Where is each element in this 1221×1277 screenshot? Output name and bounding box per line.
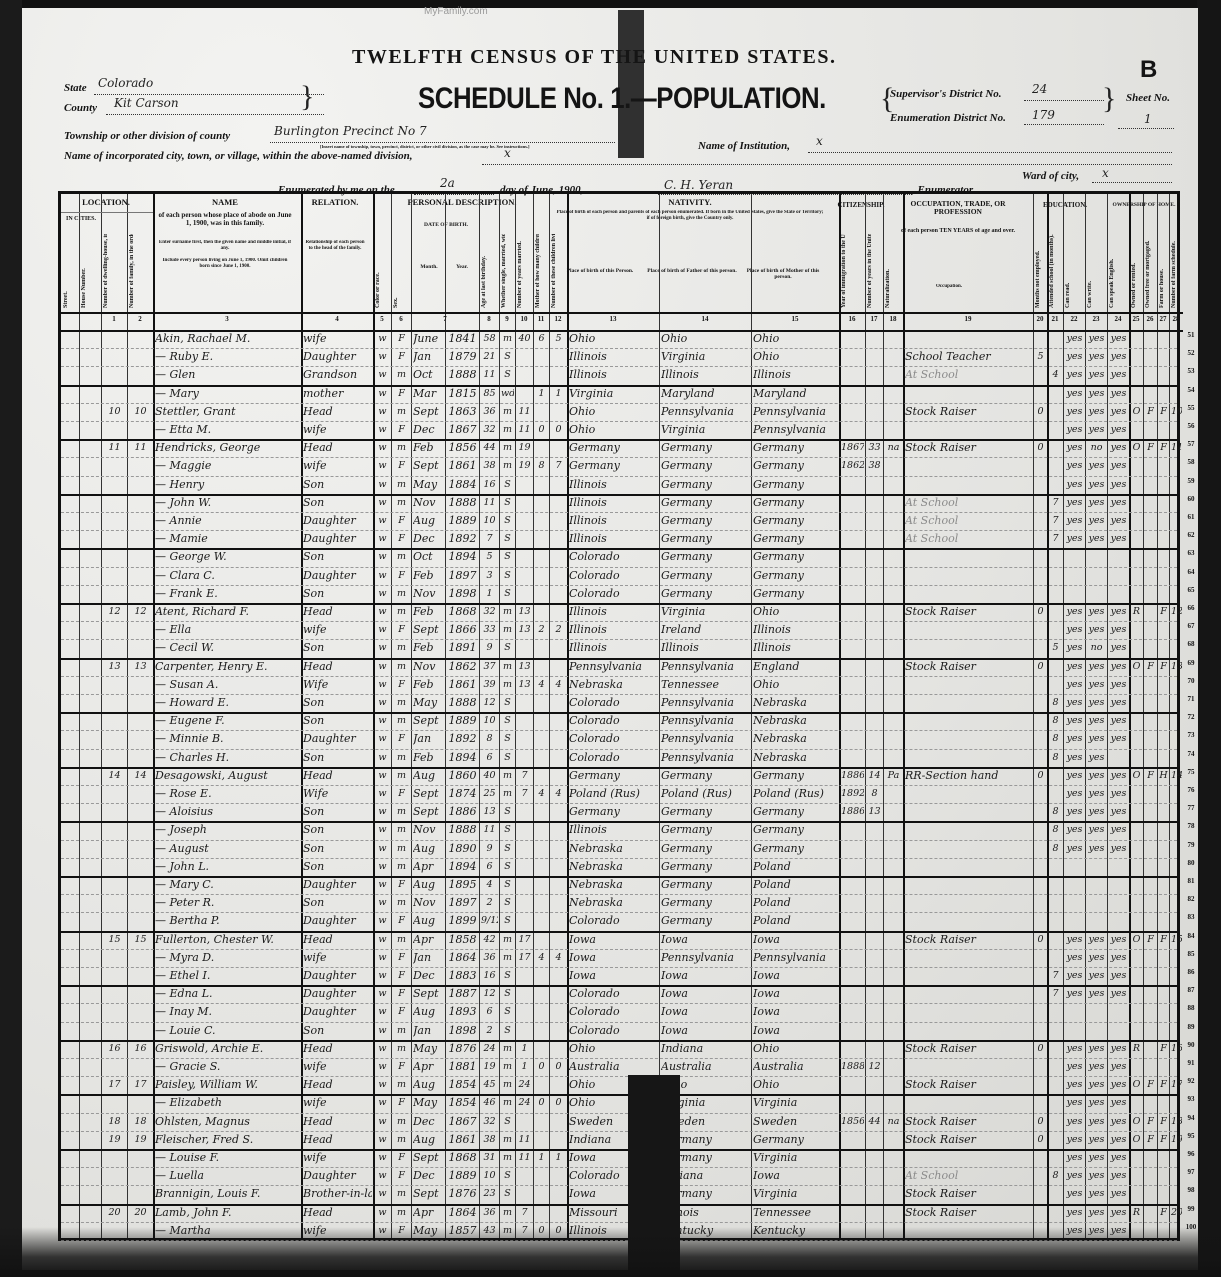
cell-bp: Colorado bbox=[569, 548, 658, 566]
cell-sex: m bbox=[393, 366, 410, 384]
cell-bp: Australia bbox=[569, 1058, 658, 1076]
cell-bp: Nebraska bbox=[569, 840, 658, 858]
header-relation-desc: Relationship of each person to the head … bbox=[305, 240, 365, 251]
cell-age: 25 bbox=[481, 785, 498, 803]
cell-bp: Illinois bbox=[569, 476, 658, 494]
cell-fam: 19 bbox=[129, 1131, 152, 1149]
cell-bm: Pennsylvania bbox=[753, 421, 838, 439]
cell-moc: 6 bbox=[535, 330, 548, 348]
cell-cl: 4 bbox=[551, 676, 566, 694]
cell-write: yes bbox=[1087, 1149, 1106, 1167]
cell-bm: Virginia bbox=[753, 1149, 838, 1167]
cell-nat: na bbox=[885, 1113, 902, 1131]
cell-own: O bbox=[1131, 931, 1142, 949]
cell-age: 1 bbox=[481, 585, 498, 603]
cell-rel: Son bbox=[303, 639, 372, 657]
cell-fam: 14 bbox=[129, 767, 152, 785]
cell-rel: Daughter bbox=[303, 912, 372, 930]
cell-mar: S bbox=[501, 840, 514, 858]
cell-year: 1856 bbox=[447, 439, 478, 457]
cell-eng: yes bbox=[1109, 439, 1128, 457]
cell-name: — Cecil W. bbox=[155, 639, 300, 657]
cell-rel: Head bbox=[303, 658, 372, 676]
column-number: 10 bbox=[515, 315, 533, 323]
cell-mar: m bbox=[501, 676, 514, 694]
cell-mar: S bbox=[501, 585, 514, 603]
cell-month: Nov bbox=[413, 585, 444, 603]
cell-mar: m bbox=[501, 767, 514, 785]
cell-read: yes bbox=[1065, 949, 1084, 967]
cell-color: w bbox=[375, 840, 390, 858]
cell-moc: 4 bbox=[535, 949, 548, 967]
table-row: — John L.SonwmApr18946SNebraskaGermanyPo… bbox=[61, 858, 1183, 876]
cell-bm: Tennessee bbox=[753, 1204, 838, 1222]
cell-sex: F bbox=[393, 1094, 410, 1112]
cell-name: — Minnie B. bbox=[155, 730, 300, 748]
header-farm-house: Farm or house. bbox=[1159, 234, 1167, 308]
cell-bp: Virginia bbox=[569, 385, 658, 403]
cell-farm: F bbox=[1159, 603, 1168, 621]
cell-color: w bbox=[375, 548, 390, 566]
cell-sch: 7 bbox=[1049, 985, 1062, 1003]
table-row: — Mary C.DaughterwFAug18954SNebraskaGerm… bbox=[61, 876, 1183, 894]
cell-bf: Pennsylvania bbox=[661, 658, 750, 676]
cell-sch: 8 bbox=[1049, 1167, 1062, 1185]
table-row: 1515Fullerton, Chester W.HeadwmApr185842… bbox=[61, 931, 1183, 949]
cell-rel: Daughter bbox=[303, 512, 372, 530]
cell-mar: S bbox=[501, 494, 514, 512]
cell-color: w bbox=[375, 931, 390, 949]
cell-eng: yes bbox=[1109, 785, 1128, 803]
cell-eng: yes bbox=[1109, 1113, 1128, 1131]
cell-name: — Aloisius bbox=[155, 803, 300, 821]
cell-bf: Germany bbox=[661, 457, 750, 475]
cell-month: May bbox=[413, 694, 444, 712]
cell-mar: m bbox=[501, 931, 514, 949]
cell-mort: F bbox=[1145, 403, 1156, 421]
cell-month: Sept bbox=[413, 785, 444, 803]
cell-year: 1889 bbox=[447, 1167, 478, 1185]
cell-sex: F bbox=[393, 421, 410, 439]
cell-read: yes bbox=[1065, 1113, 1084, 1131]
cell-sex: m bbox=[393, 1113, 410, 1131]
cell-color: w bbox=[375, 639, 390, 657]
table-row: 1313Carpenter, Henry E.HeadwmNov186237m1… bbox=[61, 658, 1183, 676]
cell-unemp: 0 bbox=[1035, 931, 1046, 949]
line-number-right: 54 bbox=[1182, 386, 1200, 394]
cell-age: 5 bbox=[481, 548, 498, 566]
cell-year: 1898 bbox=[447, 585, 478, 603]
state-county-brace: } bbox=[300, 80, 314, 114]
cell-imm: 1862 bbox=[841, 457, 864, 475]
cell-own: R bbox=[1131, 1204, 1142, 1222]
cell-bp: Nebraska bbox=[569, 876, 658, 894]
cell-dw: 11 bbox=[103, 439, 126, 457]
cell-year: 1890 bbox=[447, 840, 478, 858]
cell-mort: F bbox=[1145, 1113, 1156, 1131]
cell-bf: Germany bbox=[661, 767, 750, 785]
table-row: — Cecil W.SonwmFeb18919SIllinoisIllinois… bbox=[61, 639, 1183, 657]
cell-own: O bbox=[1131, 403, 1142, 421]
cell-age: 12 bbox=[481, 694, 498, 712]
state-value: Colorado bbox=[98, 76, 153, 90]
line-number-right: 81 bbox=[1182, 877, 1200, 885]
cell-imm: 1886 bbox=[841, 767, 864, 785]
cell-color: w bbox=[375, 1204, 390, 1222]
cell-fam: 16 bbox=[129, 1040, 152, 1058]
enumerator-name: C. H. Yeran bbox=[664, 178, 733, 192]
cell-rel: Daughter bbox=[303, 967, 372, 985]
line-number-right: 59 bbox=[1182, 477, 1200, 485]
header-children-living: Number of these children living. bbox=[551, 234, 565, 308]
cell-farm: F bbox=[1159, 1131, 1168, 1149]
cell-dw: 17 bbox=[103, 1076, 126, 1094]
cell-bm: Illinois bbox=[753, 639, 838, 657]
cell-color: w bbox=[375, 1094, 390, 1112]
cell-year: 1858 bbox=[447, 931, 478, 949]
supervisor-value: 24 bbox=[1032, 82, 1047, 96]
cell-farm: F bbox=[1159, 1040, 1168, 1058]
cell-mar: S bbox=[501, 348, 514, 366]
line-number-right: 79 bbox=[1182, 841, 1200, 849]
cell-mar: m bbox=[501, 621, 514, 639]
cell-eng: yes bbox=[1109, 1040, 1128, 1058]
cell-read: yes bbox=[1065, 1094, 1084, 1112]
cell-fam: 10 bbox=[129, 403, 152, 421]
cell-rel: Daughter bbox=[303, 530, 372, 548]
cell-occ: Stock Raiser bbox=[905, 1204, 1032, 1222]
cell-rel: Daughter bbox=[303, 567, 372, 585]
cell-bp: Colorado bbox=[569, 694, 658, 712]
header-immigration: Year of immigration to the United States… bbox=[841, 234, 863, 308]
line-number-right: 87 bbox=[1182, 986, 1200, 994]
table-row: — Gracie S.wifewFApr188119m100AustraliaA… bbox=[61, 1058, 1183, 1076]
cell-bm: Maryland bbox=[753, 385, 838, 403]
cell-sex: F bbox=[393, 530, 410, 548]
cell-mort: F bbox=[1145, 658, 1156, 676]
cell-cl: 0 bbox=[551, 1058, 566, 1076]
cell-rel: wife bbox=[303, 949, 372, 967]
cell-own: R bbox=[1131, 1040, 1142, 1058]
cell-write: yes bbox=[1087, 476, 1106, 494]
cell-color: w bbox=[375, 1149, 390, 1167]
header-location: LOCATION. bbox=[61, 198, 151, 207]
cell-unemp: 0 bbox=[1035, 403, 1046, 421]
cell-eng: yes bbox=[1109, 658, 1128, 676]
cell-mar: S bbox=[501, 730, 514, 748]
cell-rel: Brother-in-law bbox=[303, 1185, 372, 1203]
cell-eng: yes bbox=[1109, 803, 1128, 821]
cell-eng: yes bbox=[1109, 530, 1128, 548]
cell-mar: S bbox=[501, 366, 514, 384]
city-value: x bbox=[504, 146, 511, 160]
cell-bm: Iowa bbox=[753, 931, 838, 949]
cell-mar: m bbox=[501, 603, 514, 621]
line-number-right: 73 bbox=[1182, 731, 1200, 739]
cell-occ: Stock Raiser bbox=[905, 1113, 1032, 1131]
institution-value: x bbox=[816, 134, 823, 148]
cell-farm: H bbox=[1159, 767, 1168, 785]
cell-month: Aug bbox=[413, 1131, 444, 1149]
cell-sex: m bbox=[393, 585, 410, 603]
cell-sch: 8 bbox=[1049, 730, 1062, 748]
header-free-mortgaged: Owned free or mortgaged. bbox=[1145, 234, 1155, 308]
cell-color: w bbox=[375, 330, 390, 348]
cell-age: 38 bbox=[481, 1131, 498, 1149]
cell-age: 38 bbox=[481, 457, 498, 475]
cell-name: Carpenter, Henry E. bbox=[155, 658, 300, 676]
cell-color: w bbox=[375, 730, 390, 748]
table-row: — Edna L.DaughterwFSept188712SColoradoIo… bbox=[61, 985, 1183, 1003]
cell-name: Akin, Rachael M. bbox=[155, 330, 300, 348]
cell-color: w bbox=[375, 785, 390, 803]
cell-rel: wife bbox=[303, 1094, 372, 1112]
line-number-right: 65 bbox=[1182, 586, 1200, 594]
cell-read: yes bbox=[1065, 621, 1084, 639]
cell-unemp: 0 bbox=[1035, 658, 1046, 676]
cell-cl: 5 bbox=[551, 330, 566, 348]
cell-mar: S bbox=[501, 639, 514, 657]
cell-fam: 15 bbox=[129, 931, 152, 949]
cell-ym: 19 bbox=[517, 457, 532, 475]
column-number: 18 bbox=[883, 315, 903, 323]
header-age: Age at last birthday. bbox=[481, 234, 497, 308]
cell-rel: Son bbox=[303, 548, 372, 566]
cell-occ: Stock Raiser bbox=[905, 403, 1032, 421]
cell-occ: Stock Raiser bbox=[905, 931, 1032, 949]
header-name-desc: of each person whose place of abode on J… bbox=[157, 212, 293, 227]
cell-year: 1864 bbox=[447, 949, 478, 967]
cell-mar: S bbox=[501, 1022, 514, 1040]
cell-name: — Maggie bbox=[155, 457, 300, 475]
cell-year: 1860 bbox=[447, 767, 478, 785]
cell-sex: m bbox=[393, 894, 410, 912]
cell-eng: yes bbox=[1109, 1185, 1128, 1203]
cell-bp: Illinois bbox=[569, 366, 658, 384]
cell-sex: m bbox=[393, 439, 410, 457]
cell-name: — Myra D. bbox=[155, 949, 300, 967]
cell-eng: yes bbox=[1109, 348, 1128, 366]
table-row: — EllawifewFSept186633m1322IllinoisIrela… bbox=[61, 621, 1183, 639]
cell-write: yes bbox=[1087, 366, 1106, 384]
header-year: Year. bbox=[445, 264, 479, 270]
cell-mort: F bbox=[1145, 1076, 1156, 1094]
state-underline bbox=[94, 94, 324, 95]
column-number: 6 bbox=[391, 315, 411, 323]
line-number-right: 98 bbox=[1182, 1186, 1200, 1194]
line-number-right: 92 bbox=[1182, 1077, 1200, 1085]
column-number: 5 bbox=[373, 315, 391, 323]
cell-name: — Edna L. bbox=[155, 985, 300, 1003]
cell-year: 1886 bbox=[447, 803, 478, 821]
line-number-right: 76 bbox=[1182, 786, 1200, 794]
cell-sex: m bbox=[393, 712, 410, 730]
cell-name: — Elizabeth bbox=[155, 1094, 300, 1112]
cell-year: 1864 bbox=[447, 1204, 478, 1222]
cell-ym: 1 bbox=[517, 1058, 532, 1076]
header-months-unemployed: Months not employed. bbox=[1035, 234, 1045, 308]
cell-age: 45 bbox=[481, 1076, 498, 1094]
cell-dw: 20 bbox=[103, 1204, 126, 1222]
table-row: — Susan A.WifewFFeb186139m1344NebraskaTe… bbox=[61, 676, 1183, 694]
cell-eng: yes bbox=[1109, 694, 1128, 712]
table-row: — JosephSonwmNov188811SIllinoisGermanyGe… bbox=[61, 821, 1183, 839]
header-can-read: Can read. bbox=[1065, 234, 1083, 308]
cell-age: 58 bbox=[481, 330, 498, 348]
cell-read: yes bbox=[1065, 603, 1084, 621]
table-row: — Inay M.DaughterwFAug18936SColoradoIowa… bbox=[61, 1003, 1183, 1021]
cell-write: yes bbox=[1087, 840, 1106, 858]
cell-month: Jan bbox=[413, 949, 444, 967]
cell-year: 1868 bbox=[447, 603, 478, 621]
cell-bp: Illinois bbox=[569, 512, 658, 530]
cell-yus: 14 bbox=[867, 767, 882, 785]
header-relation: RELATION. bbox=[301, 198, 369, 207]
cell-sex: F bbox=[393, 1167, 410, 1185]
cell-farm: F bbox=[1159, 1113, 1168, 1131]
cell-color: w bbox=[375, 603, 390, 621]
cell-mar: S bbox=[501, 912, 514, 930]
table-row: — LuellaDaughterwFDec188910SColoradoIndi… bbox=[61, 1167, 1183, 1185]
cell-rel: wife bbox=[303, 1058, 372, 1076]
scan-right-border bbox=[1197, 0, 1221, 1277]
cell-ym: 24 bbox=[517, 1094, 532, 1112]
cell-age: 36 bbox=[481, 403, 498, 421]
column-number: 4 bbox=[301, 315, 373, 323]
cell-eng: yes bbox=[1109, 767, 1128, 785]
cell-sex: m bbox=[393, 840, 410, 858]
cell-write: yes bbox=[1087, 785, 1106, 803]
cell-color: w bbox=[375, 767, 390, 785]
line-number-right: 93 bbox=[1182, 1095, 1200, 1103]
column-number: 16 bbox=[839, 315, 865, 323]
cell-month: Sept bbox=[413, 457, 444, 475]
cell-bf: Iowa bbox=[661, 967, 750, 985]
column-number: 8 bbox=[479, 315, 499, 323]
cell-name: — Ella bbox=[155, 621, 300, 639]
cell-month: Feb bbox=[413, 639, 444, 657]
cell-own: O bbox=[1131, 1131, 1142, 1149]
table-row: Akin, Rachael M.wifewFJune184158m4065Ohi… bbox=[61, 330, 1183, 348]
cell-bp: Illinois bbox=[569, 348, 658, 366]
cell-mar: m bbox=[501, 949, 514, 967]
cell-occ: Stock Raiser bbox=[905, 439, 1032, 457]
cell-ym: 13 bbox=[517, 676, 532, 694]
cell-year: 1879 bbox=[447, 348, 478, 366]
cell-ym: 24 bbox=[517, 1076, 532, 1094]
cell-month: Sept bbox=[413, 1149, 444, 1167]
line-number-right: 68 bbox=[1182, 640, 1200, 648]
cell-fsch: 19 bbox=[1171, 1131, 1182, 1149]
cell-cl: 1 bbox=[551, 1149, 566, 1167]
cell-age: 2 bbox=[481, 894, 498, 912]
cell-farm: F bbox=[1159, 658, 1168, 676]
cell-read: yes bbox=[1065, 1040, 1084, 1058]
cell-age: 10 bbox=[481, 1167, 498, 1185]
cell-sex: F bbox=[393, 1149, 410, 1167]
cell-ym: 11 bbox=[517, 421, 532, 439]
cell-cl: 7 bbox=[551, 457, 566, 475]
cell-bp: Germany bbox=[569, 767, 658, 785]
cell-rel: Head bbox=[303, 439, 372, 457]
column-number: 25 bbox=[1129, 315, 1143, 323]
cell-month: Aug bbox=[413, 767, 444, 785]
column-number: 1 bbox=[101, 315, 127, 323]
cell-color: w bbox=[375, 366, 390, 384]
cell-write: yes bbox=[1087, 730, 1106, 748]
cell-mar: m bbox=[501, 1040, 514, 1058]
cell-sex: m bbox=[393, 1040, 410, 1058]
cell-year: 1887 bbox=[447, 985, 478, 1003]
cell-bm: Illinois bbox=[753, 366, 838, 384]
cell-read: yes bbox=[1065, 985, 1084, 1003]
cell-bm: Pennsylvania bbox=[753, 949, 838, 967]
cell-write: yes bbox=[1087, 1076, 1106, 1094]
line-number-right: 83 bbox=[1182, 913, 1200, 921]
cell-age: 10 bbox=[481, 512, 498, 530]
cell-sex: F bbox=[393, 457, 410, 475]
cell-sex: m bbox=[393, 749, 410, 767]
cell-color: w bbox=[375, 494, 390, 512]
cell-rel: Daughter bbox=[303, 730, 372, 748]
cell-sex: m bbox=[393, 658, 410, 676]
cell-rel: Head bbox=[303, 603, 372, 621]
cell-dw: 13 bbox=[103, 658, 126, 676]
cell-color: w bbox=[375, 1003, 390, 1021]
cell-eng: yes bbox=[1109, 476, 1128, 494]
cell-bp: Ohio bbox=[569, 403, 658, 421]
cell-name: — Eugene F. bbox=[155, 712, 300, 730]
cell-read: yes bbox=[1065, 821, 1084, 839]
ward-underline bbox=[1092, 182, 1172, 183]
table-row: — Charles H.SonwmFeb18946SColoradoPennsy… bbox=[61, 749, 1183, 767]
cell-sex: F bbox=[393, 876, 410, 894]
cell-rel: Grandson bbox=[303, 366, 372, 384]
cell-read: yes bbox=[1065, 1149, 1084, 1167]
header-mother-of: Mother of how many children. bbox=[535, 234, 547, 308]
cell-age: 6 bbox=[481, 1003, 498, 1021]
cell-sch: 8 bbox=[1049, 840, 1062, 858]
table-row: — MarymotherwFMar181585wd11VirginiaMaryl… bbox=[61, 385, 1183, 403]
county-label: County bbox=[64, 102, 97, 114]
cell-year: 1894 bbox=[447, 749, 478, 767]
cell-name: — Clara C. bbox=[155, 567, 300, 585]
cell-month: Jan bbox=[413, 730, 444, 748]
header-years-married: Number of years married. bbox=[517, 234, 531, 308]
line-number-right: 51 bbox=[1182, 331, 1200, 339]
cell-read: yes bbox=[1065, 712, 1084, 730]
cell-color: w bbox=[375, 1022, 390, 1040]
cell-ym: 7 bbox=[517, 1204, 532, 1222]
cell-sch: 8 bbox=[1049, 749, 1062, 767]
cell-read: yes bbox=[1065, 1076, 1084, 1094]
cell-bf: Pennsylvania bbox=[661, 949, 750, 967]
cell-bf: Pennsylvania bbox=[661, 749, 750, 767]
scan-left-border bbox=[0, 0, 22, 1277]
cell-ym: 17 bbox=[517, 949, 532, 967]
cell-rel: Son bbox=[303, 1022, 372, 1040]
cell-unemp: 0 bbox=[1035, 767, 1046, 785]
cell-bm: Germany bbox=[753, 476, 838, 494]
cell-month: Apr bbox=[413, 1204, 444, 1222]
line-number-right: 70 bbox=[1182, 677, 1200, 685]
cell-age: 24 bbox=[481, 1040, 498, 1058]
cell-year: 1884 bbox=[447, 476, 478, 494]
cell-month: Dec bbox=[413, 1167, 444, 1185]
cell-yus: 33 bbox=[867, 439, 882, 457]
cell-mar: S bbox=[501, 476, 514, 494]
cell-mar: S bbox=[501, 1113, 514, 1131]
